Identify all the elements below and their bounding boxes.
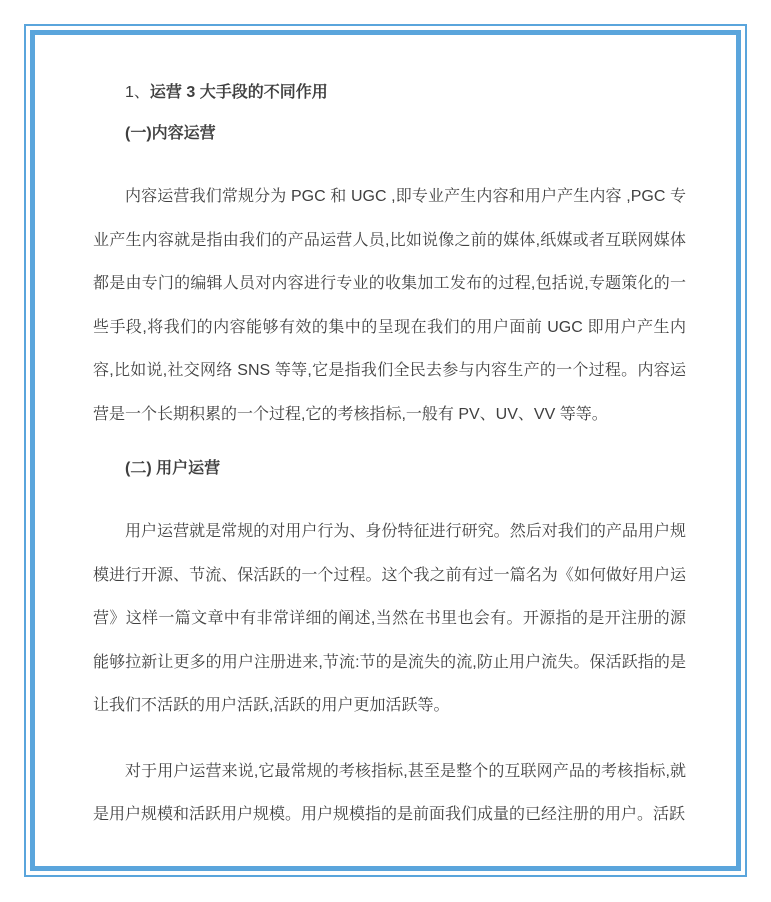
outer-border-frame: 1、运营 3 大手段的不同作用 (一)内容运营 内容运营我们常规分为 PGC 和… — [24, 24, 747, 877]
paragraph-content-operations: 内容运营我们常规分为 PGC 和 UGC ,即专业产生内容和用户产生内容 ,PG… — [93, 175, 686, 436]
paragraph-user-operations-1: 用户运营就是常规的对用户行为、身份特征进行研究。然后对我们的产品用户规模进行开源… — [93, 510, 686, 728]
paragraph-user-operations-2: 对于用户运营来说,它最常规的考核指标,甚至是整个的互联网产品的考核指标,就是用户… — [93, 750, 686, 837]
document-title: 1、运营 3 大手段的不同作用 — [93, 85, 686, 101]
inner-border-frame: 1、运营 3 大手段的不同作用 (一)内容运营 内容运营我们常规分为 PGC 和… — [30, 30, 741, 871]
document-content: 1、运营 3 大手段的不同作用 (一)内容运营 内容运营我们常规分为 PGC 和… — [35, 35, 736, 837]
title-number: 1、 — [125, 84, 150, 101]
section-heading-user-operations: (二) 用户运营 — [93, 461, 686, 477]
title-text: 运营 3 大手段的不同作用 — [150, 84, 328, 101]
section-heading-content-operations: (一)内容运营 — [93, 126, 686, 142]
